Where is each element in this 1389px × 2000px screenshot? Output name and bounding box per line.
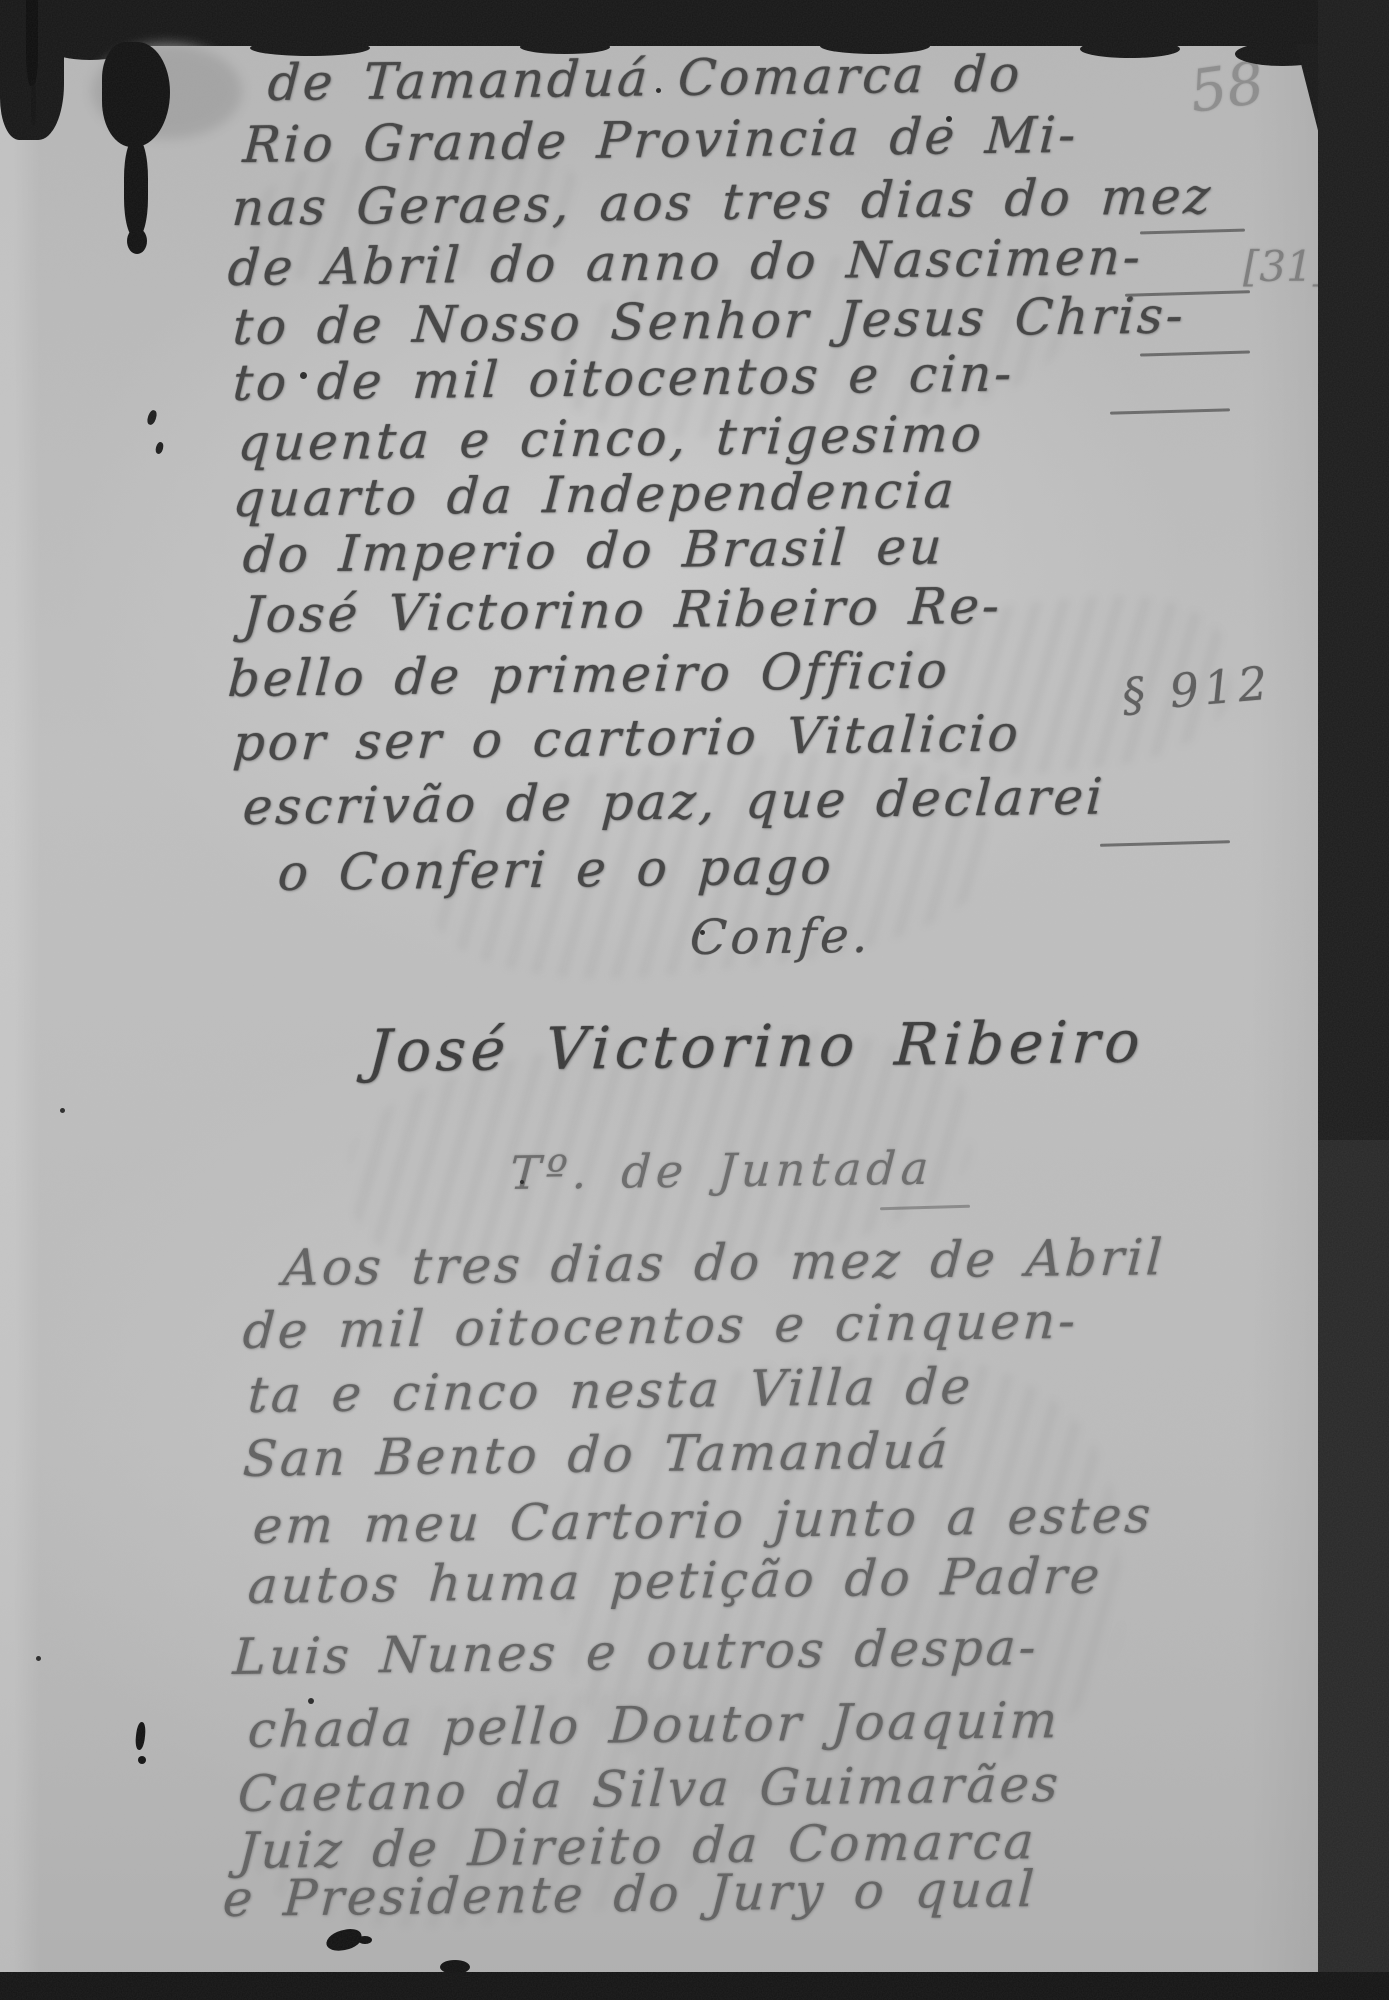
scan-border-right — [1318, 0, 1389, 2000]
scan-edge-scallop — [520, 40, 610, 54]
ink-speck — [656, 88, 661, 93]
manuscript-line: quenta e cinco, trigesimo — [237, 409, 986, 468]
ink-speck — [300, 372, 307, 379]
clerk-signature: José Victorino Ribeiro — [366, 1012, 1146, 1080]
scan-edge-scallop — [1080, 40, 1180, 58]
manuscript-line: de Abril do anno do Nascimen- — [227, 232, 1145, 293]
ink-folio-mark: § 912 — [1120, 660, 1274, 719]
manuscript-line: quarto da Independencia — [232, 465, 959, 524]
manuscript-line: o Conferi e o pago — [277, 841, 836, 898]
manuscript-line: de Tamanduá Comarca do — [267, 49, 1024, 108]
pencil-bracket-number: [31] — [1243, 246, 1329, 288]
ink-speck — [700, 930, 705, 935]
manuscript-line: ta e cinco nesta Villa de — [247, 1361, 975, 1420]
manuscript-line: Rio Grande Provincia de Mi- — [242, 110, 1080, 170]
manuscript-line: de mil oitocentos e cinquen- — [242, 1296, 1080, 1356]
manuscript-line: escrivão de paz, que declarei — [242, 771, 1107, 832]
manuscript-line: San Bento do Tamanduá — [242, 1425, 952, 1484]
ink-speck — [308, 1698, 314, 1704]
manuscript-line: chada pello Doutor Joaquim — [247, 1695, 1062, 1755]
ink-stroke-mark — [135, 1722, 147, 1751]
ink-drip-tail — [124, 138, 148, 238]
manuscript-line: Aos tres dias do mez de Abril — [282, 1232, 1167, 1293]
filler-dash — [1140, 350, 1250, 356]
scan-border-top — [0, 0, 1389, 46]
ink-speck — [155, 441, 165, 454]
spine-shadow-bar — [31, 80, 36, 125]
filler-dash — [1110, 408, 1230, 414]
manuscript-line: em meu Cartorio junto a estes — [252, 1490, 1155, 1551]
manuscript-line: Caetano da Silva Guimarães — [237, 1759, 1063, 1819]
filler-dash — [1140, 229, 1245, 235]
confe-abbreviation: Confe. — [689, 912, 874, 962]
ink-speck — [946, 116, 952, 122]
ink-drip-tip — [127, 228, 147, 254]
scan-border-bottom — [0, 1972, 1389, 2000]
juntada-heading: Tº. de Juntada — [509, 1145, 935, 1196]
filler-dash — [1100, 840, 1230, 847]
scanned-page: de Tamanduá Comarca do Rio Grande Provin… — [0, 0, 1389, 2000]
manuscript-line: José Victorino Ribeiro Re- — [242, 581, 1004, 640]
manuscript-line: por ser o cartorio Vitalicio — [232, 708, 1023, 768]
manuscript-line: e Presidente do Jury o qual — [222, 1864, 1039, 1924]
scan-edge-scallop — [820, 38, 930, 54]
ink-blot — [358, 1936, 372, 1944]
manuscript-line: do Imperio do Brasil eu — [242, 521, 946, 580]
scan-edge-scallop — [250, 40, 370, 56]
ink-stroke-dot — [138, 1756, 146, 1764]
ink-speck — [36, 1656, 41, 1661]
manuscript-line: autos huma petição do Padre — [247, 1551, 1104, 1611]
manuscript-line: to de mil oitocentos e cin- — [232, 348, 1016, 408]
ink-speck — [520, 1180, 524, 1184]
ink-speck — [60, 1108, 65, 1113]
manuscript-line: Luis Nunes e outros despa- — [232, 1622, 1040, 1682]
manuscript-line: bello de primeiro Officio — [227, 645, 952, 704]
spine-shadow-bar — [26, 0, 38, 86]
manuscript-line: to de Nosso Senhor Jesus Chris- — [232, 290, 1188, 352]
manuscript-line: nas Geraes, aos tres dias do mez — [231, 171, 1215, 233]
ink-speck — [146, 409, 158, 426]
